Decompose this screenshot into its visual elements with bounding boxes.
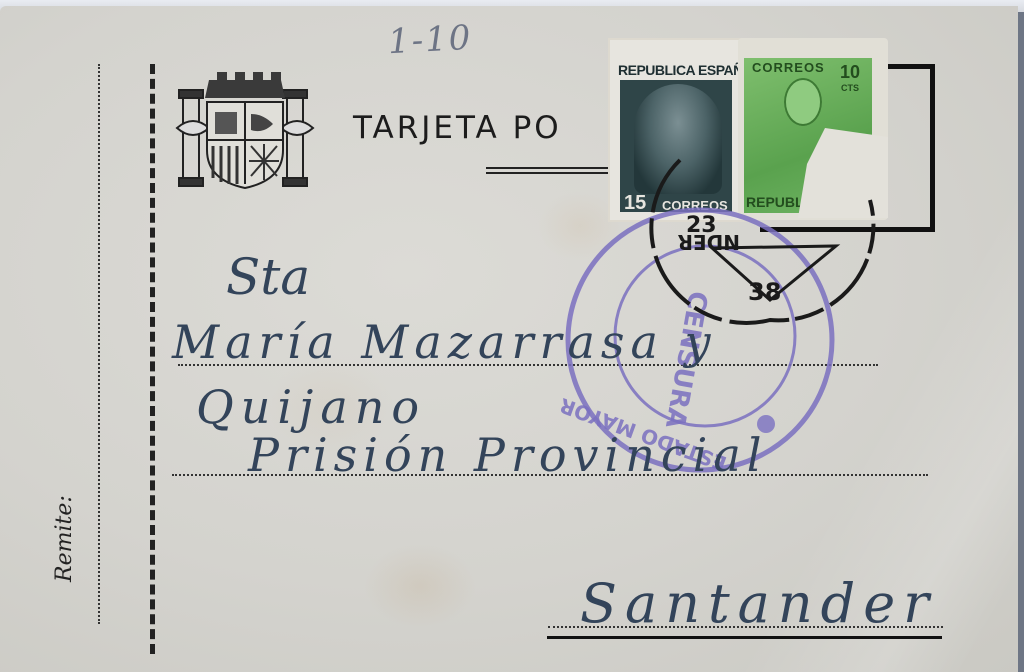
stamp-portrait xyxy=(784,78,822,126)
fold-dashed-line xyxy=(150,64,155,654)
title-underline xyxy=(486,167,612,174)
stamp-portrait xyxy=(634,84,722,194)
address-line-1-text: María Mazarrasa y xyxy=(172,315,717,369)
sender-dotted-line xyxy=(98,64,100,624)
stamp-service: CORREOS xyxy=(752,60,825,75)
stamp-service: CORREOS xyxy=(662,198,728,213)
sender-label: Remite: xyxy=(52,495,77,582)
coat-of-arms-icon xyxy=(175,68,315,192)
stamp-10-cts: CORREOS 10CTS REPUBLICA E xyxy=(738,38,888,220)
stamp-15-correos: REPUBLICA ESPAÑO 15 CORREOS xyxy=(610,40,744,220)
pencil-annotation: 1-10 xyxy=(387,18,473,62)
stamp-value: 10CTS xyxy=(840,64,860,96)
stamp-country: REPUBLICA ESPAÑO xyxy=(618,62,753,78)
address-salutation: Sta xyxy=(226,248,310,306)
city-underline xyxy=(547,636,942,639)
stamp-value: 15 xyxy=(624,192,646,215)
address-line-3-text: Prisión Provincial xyxy=(248,428,767,482)
address-city: Santander xyxy=(580,572,937,635)
address-line-2-text: Quijano xyxy=(196,380,426,434)
postcard-title: TARJETA PO xyxy=(353,110,562,146)
